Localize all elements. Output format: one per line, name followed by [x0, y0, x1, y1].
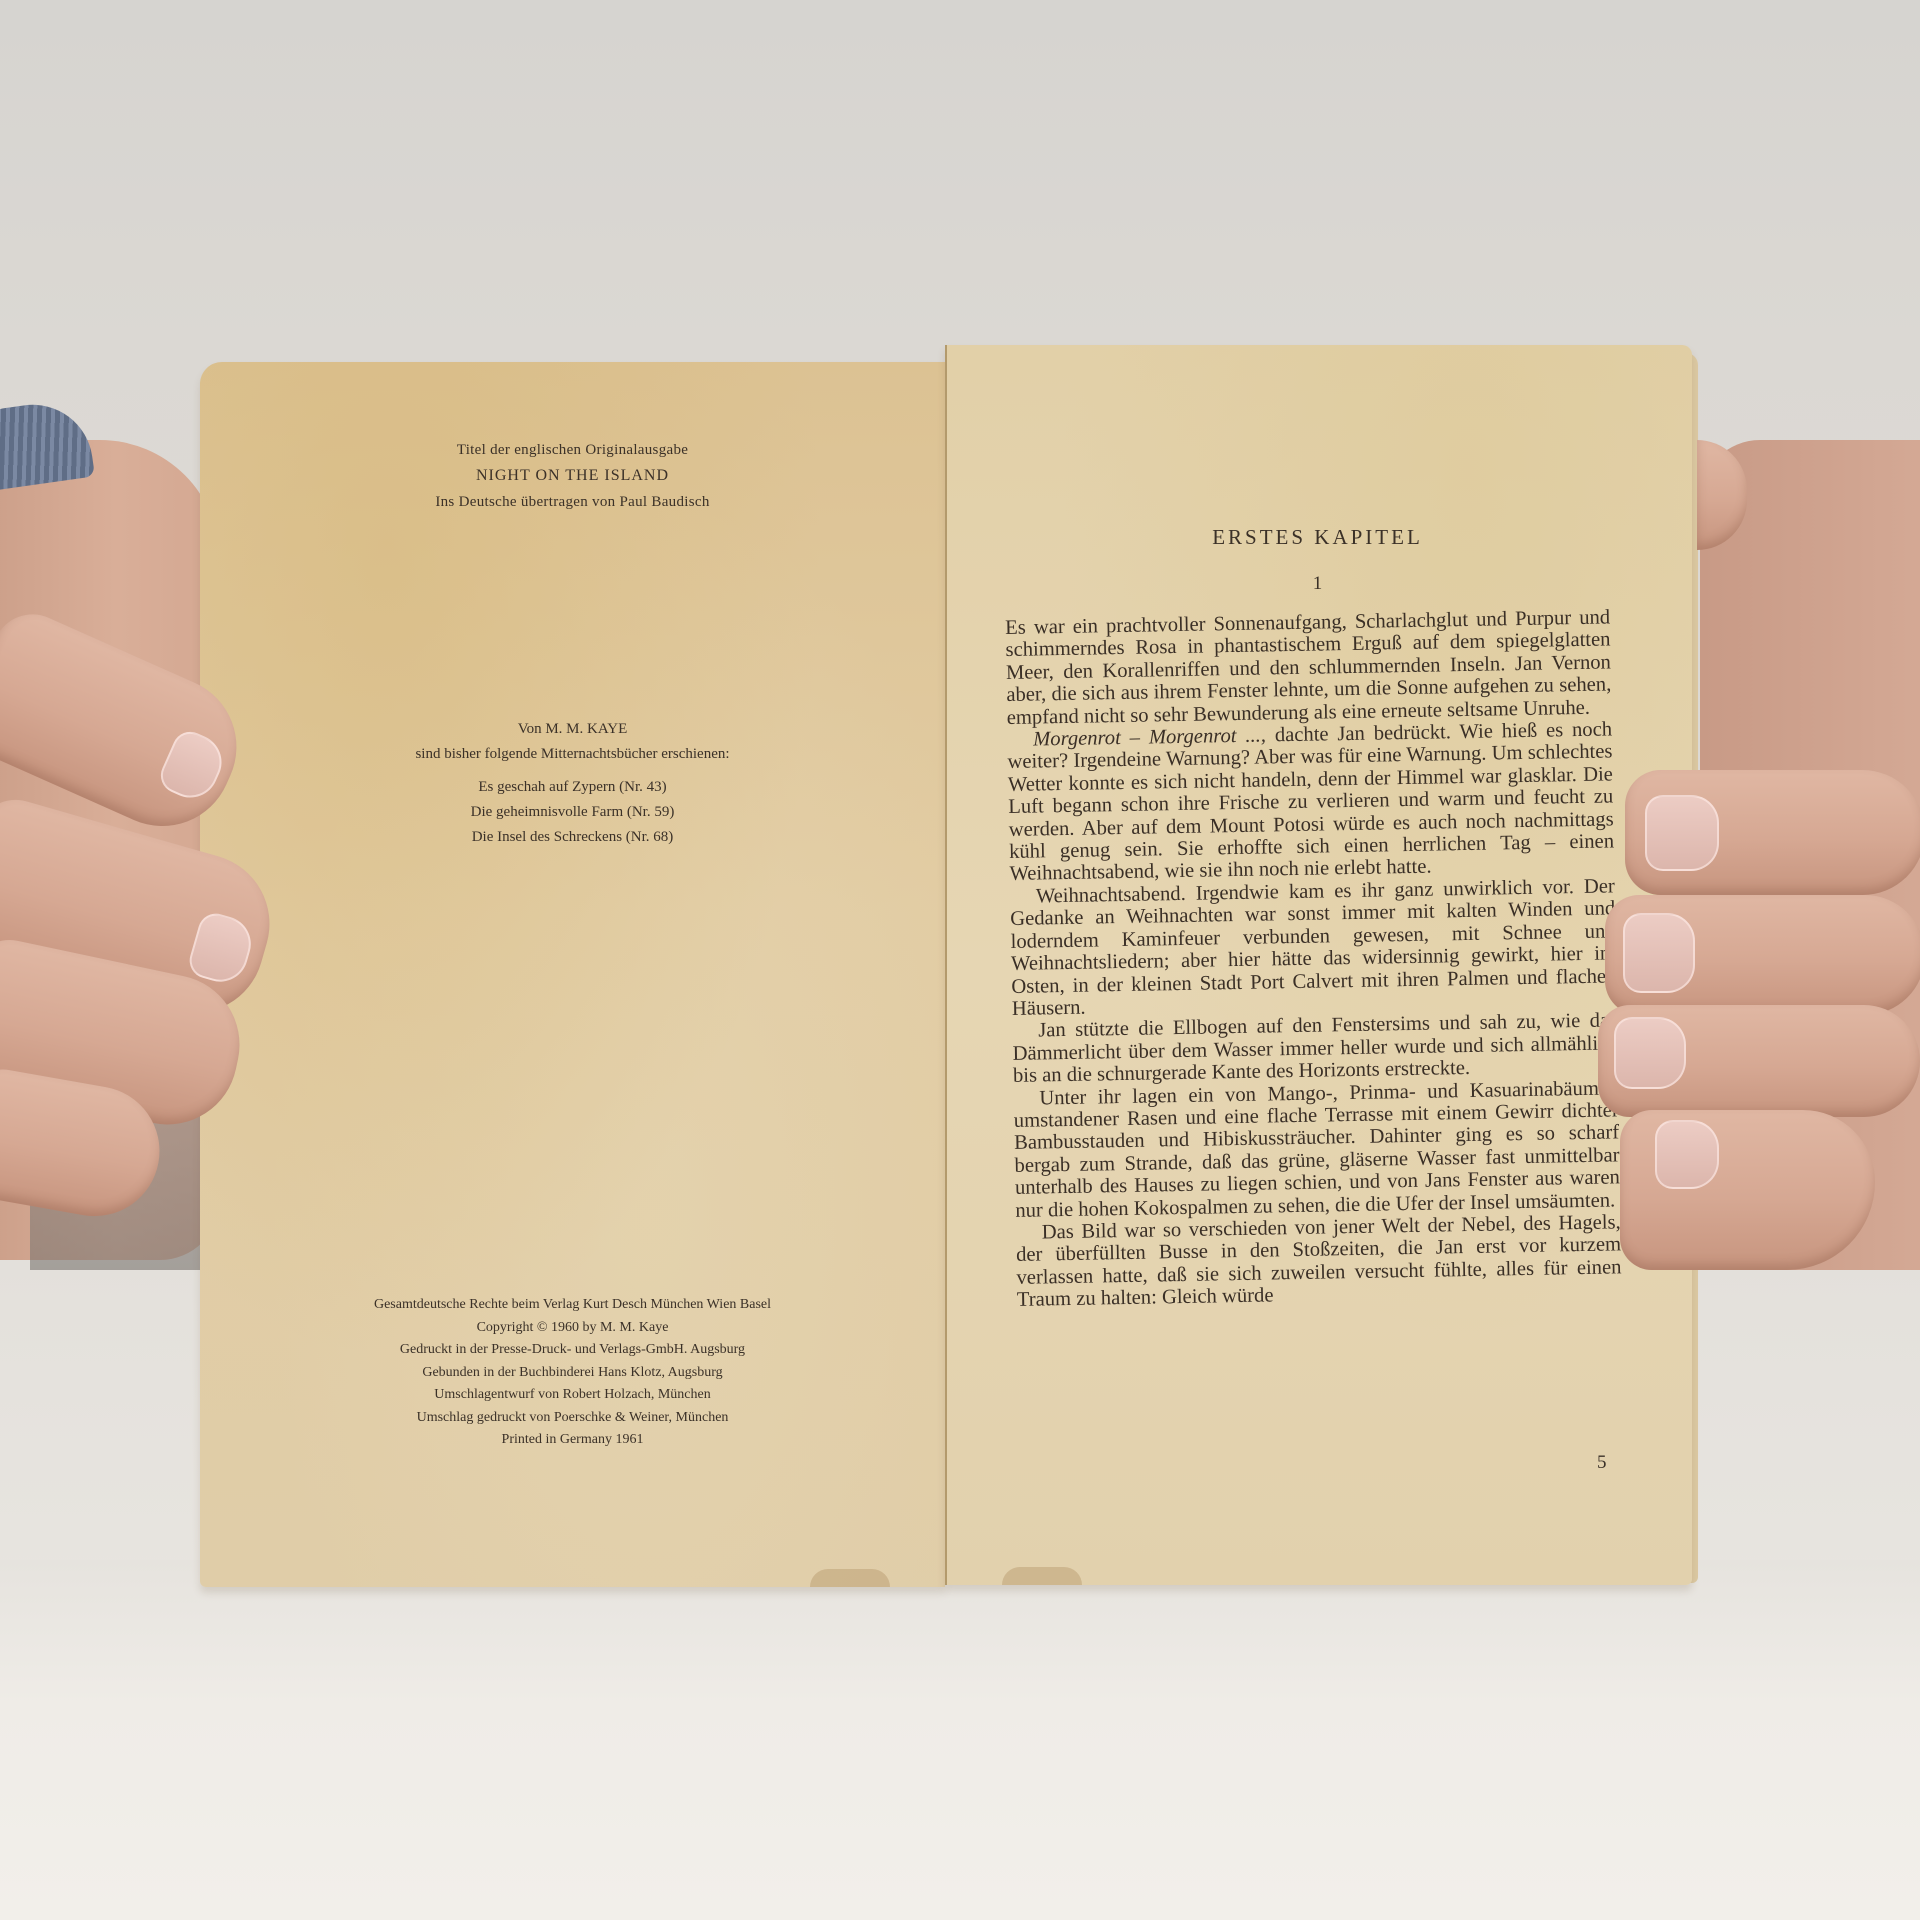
- imprint-line: Umschlag gedruckt von Poerschke & Weiner…: [200, 1407, 945, 1430]
- paragraph: Weihnachtsabend. Irgendwie kam es ihr ga…: [1010, 875, 1617, 1020]
- fingernail: [1614, 1017, 1686, 1089]
- left-page: Titel der englischen Originalausgabe NIG…: [200, 362, 945, 1587]
- imprint-line: Copyright © 1960 by M. M. Kaye: [200, 1317, 945, 1340]
- fingernail: [1645, 795, 1719, 871]
- table-surface: [0, 1560, 1920, 1920]
- other-title: Die Insel des Schreckens (Nr. 68): [200, 825, 945, 850]
- right-finger: [1605, 895, 1920, 1015]
- chapter-body: Es war ein prachtvoller Sonnenaufgang, S…: [1005, 606, 1622, 1311]
- fingernail: [185, 909, 257, 988]
- original-title: NIGHT ON THE ISLAND: [200, 463, 945, 489]
- chapter-title: ERSTES KAPITEL: [945, 525, 1690, 550]
- imprint-line: Gesamtdeutsche Rechte beim Verlag Kurt D…: [200, 1294, 945, 1317]
- other-titles-list: Es geschah auf Zypern (Nr. 43) Die gehei…: [200, 775, 945, 850]
- page-stain: [810, 1569, 890, 1587]
- translator-line: Ins Deutsche übertragen von Paul Baudisc…: [200, 489, 945, 515]
- page-stain: [1002, 1567, 1082, 1585]
- open-book: Titel der englischen Originalausgabe NIG…: [200, 345, 1715, 1580]
- paragraph: Jan stützte die Ellbogen auf den Fenster…: [1012, 1010, 1618, 1088]
- right-finger: [1598, 1005, 1920, 1117]
- series-intro: sind bisher folgende Mitternachtsbücher …: [200, 742, 945, 767]
- page-number: 5: [1597, 1452, 1607, 1474]
- fingernail: [155, 726, 230, 806]
- fingernail: [1655, 1120, 1719, 1189]
- imprint-line: Umschlagentwurf von Robert Holzach, Münc…: [200, 1384, 945, 1407]
- fingernail: [1623, 913, 1695, 993]
- other-title: Es geschah auf Zypern (Nr. 43): [200, 775, 945, 800]
- other-title: Die geheimnisvolle Farm (Nr. 59): [200, 800, 945, 825]
- other-books-block: Von M. M. KAYE sind bisher folgende Mitt…: [200, 717, 945, 850]
- right-finger: [1625, 770, 1920, 895]
- imprint-line: Gebunden in der Buchbinderei Hans Klotz,…: [200, 1362, 945, 1385]
- paragraph: Morgenrot – Morgenrot ..., dachte Jan be…: [1007, 718, 1615, 885]
- paragraph: Unter ihr lagen ein von Mango-, Prinma- …: [1013, 1077, 1620, 1222]
- imprint-line: Gedruckt in der Presse-Druck- und Verlag…: [200, 1339, 945, 1362]
- imprint-block: Gesamtdeutsche Rechte beim Verlag Kurt D…: [200, 1294, 945, 1452]
- paragraph: Es war ein prachtvoller Sonnenaufgang, S…: [1005, 606, 1612, 729]
- paragraph: Das Bild war so verschieden von jener We…: [1016, 1211, 1622, 1311]
- author-line: Von M. M. KAYE: [200, 717, 945, 742]
- original-title-block: Titel der englischen Originalausgabe NIG…: [200, 437, 945, 515]
- right-finger: [1620, 1110, 1875, 1270]
- section-number: 1: [945, 573, 1690, 595]
- original-title-label: Titel der englischen Originalausgabe: [200, 437, 945, 463]
- imprint-line: Printed in Germany 1961: [200, 1429, 945, 1452]
